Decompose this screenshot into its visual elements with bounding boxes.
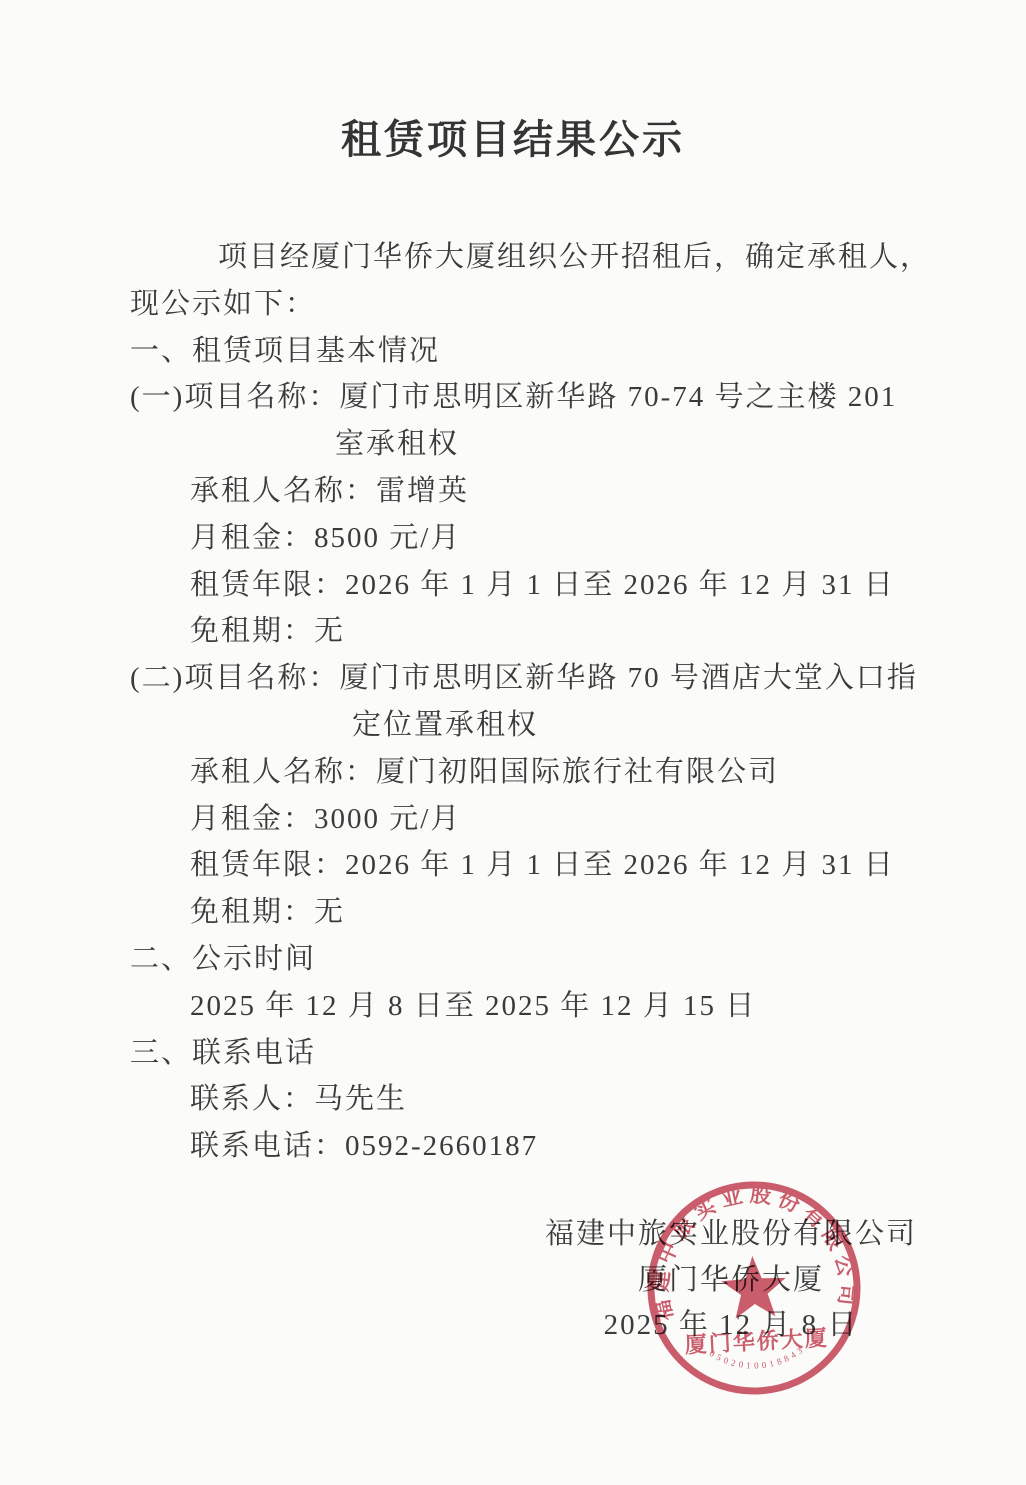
document-page: 租赁项目结果公示 项目经厦门华侨大厦组织公开招租后，确定承租人，现公示如下：一、…	[0, 0, 1026, 1485]
document-line: 租赁年限：2026 年 1 月 1 日至 2026 年 12 月 31 日	[0, 562, 1026, 609]
document-line: 项目经厦门华侨大厦组织公开招租后，确定承租人，	[0, 234, 1026, 281]
document-line: 月租金：8500 元/月	[0, 515, 1026, 562]
seal-star-icon	[720, 1254, 788, 1319]
document-line: 月租金：3000 元/月	[0, 796, 1026, 843]
document-line: 免租期：无	[0, 889, 1026, 936]
document-line: 室承租权	[0, 421, 1026, 468]
document-line: 二、公示时间	[0, 936, 1026, 983]
document-line: 租赁年限：2026 年 1 月 1 日至 2026 年 12 月 31 日	[0, 842, 1026, 889]
document-line: 三、联系电话	[0, 1030, 1026, 1077]
document-line: (一)项目名称：厦门市思明区新华路 70-74 号之主楼 201	[0, 374, 1026, 421]
document-line: 现公示如下：	[0, 281, 1026, 328]
document-title: 租赁项目结果公示	[0, 108, 1026, 165]
seal-center-text: 厦门华侨大厦	[684, 1325, 829, 1358]
document-line: 2025 年 12 月 8 日至 2025 年 12 月 15 日	[0, 983, 1026, 1030]
document-line: 定位置承租权	[0, 702, 1026, 749]
document-line: 承租人名称：厦门初阳国际旅行社有限公司	[0, 749, 1026, 796]
document-line: 免租期：无	[0, 608, 1026, 655]
company-seal-icon: 福建中旅实业股份有限公司 厦门华侨大厦 0502010018843	[637, 1171, 870, 1404]
document-body: 项目经厦门华侨大厦组织公开招租后，确定承租人，现公示如下：一、租赁项目基本情况(…	[0, 234, 1026, 1170]
document-line: 联系人：马先生	[0, 1076, 1026, 1123]
document-line: 承租人名称：雷增英	[0, 468, 1026, 515]
document-line: (二)项目名称：厦门市思明区新华路 70 号酒店大堂入口指	[0, 655, 1026, 702]
document-line: 联系电话：0592-2660187	[0, 1123, 1026, 1170]
document-line: 一、租赁项目基本情况	[0, 328, 1026, 375]
